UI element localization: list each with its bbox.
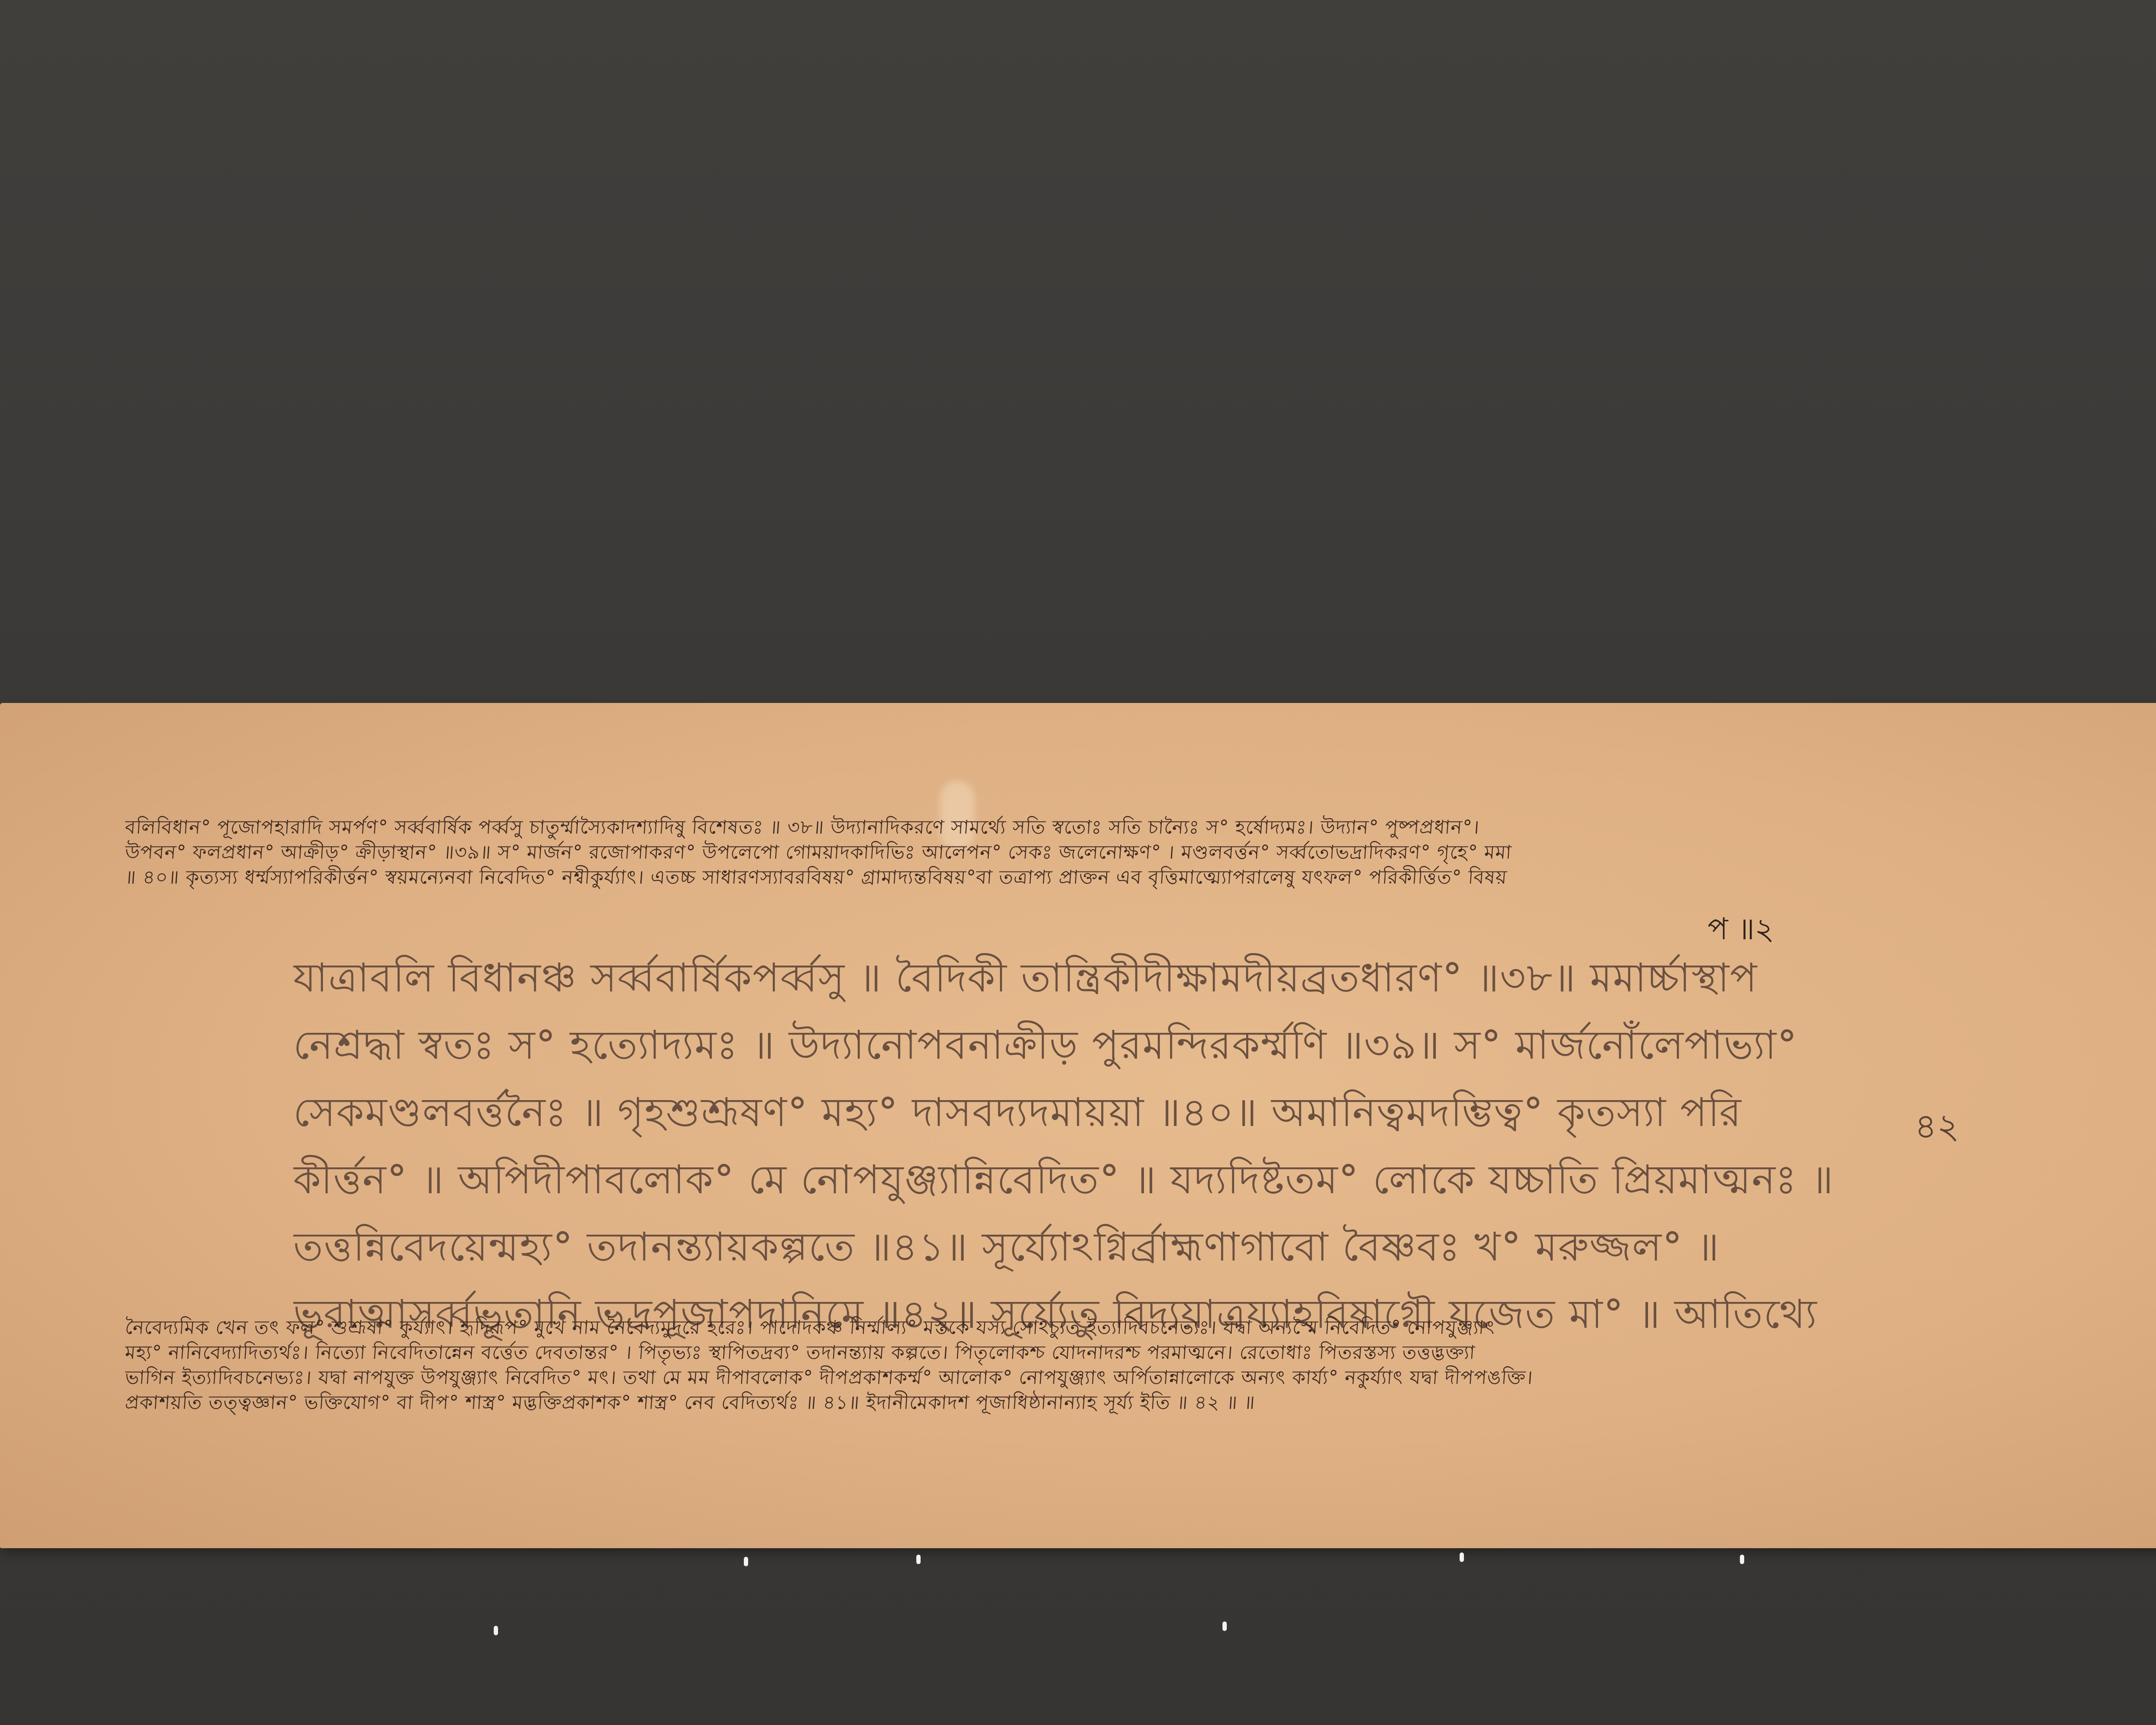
commentary-line: প্রকাশয়তি তত্ত্বজ্ঞান° ভক্তিযোগ° বা দীপ… xyxy=(125,1390,2044,1415)
main-verse-text: যাত্রাবলি বিধানঞ্চ সর্ব্ববার্ষিকপর্ব্বসু… xyxy=(293,944,1910,1348)
verse-line: তত্তন্নিবেদয়েন্মহ্য° তদানন্ত্যায়কল্পতে… xyxy=(293,1214,1910,1281)
verse-line: সেকমণ্ডলবর্ত্তনৈঃ ॥ গৃহশুশ্রূষণ° মহ্য° দ… xyxy=(293,1079,1910,1146)
commentary-line: ভাগিন ইত্যাদিবচনেভ্যঃ। যদ্বা নাপযুক্ত উপ… xyxy=(125,1365,2044,1390)
commentary-line: নৈবেদ্যমিক খেন তৎ ফল° শুশ্রূষা° কুর্য্যা… xyxy=(125,1315,2044,1340)
pin-icon xyxy=(744,1557,748,1566)
commentary-top: বলিবিধান° পূজোপহারাদি সমর্পণ° সর্ব্ববার্… xyxy=(125,815,2044,890)
pin-icon xyxy=(494,1626,498,1635)
manuscript-leaf: বলিবিধান° পূজোপহারাদি সমর্পণ° সর্ব্ববার্… xyxy=(0,703,2156,1548)
commentary-line: বলিবিধান° পূজোপহারাদি সমর্পণ° সর্ব্ববার্… xyxy=(125,815,2044,840)
verse-line: যাত্রাবলি বিধানঞ্চ সর্ব্ববার্ষিকপর্ব্বসু… xyxy=(293,944,1910,1012)
commentary-line: মহ্য° নানিবেদ্যাদিত্যর্থঃ। নিত্যো নিবেদি… xyxy=(125,1340,2044,1365)
folio-number: ৪২ xyxy=(1915,1100,1959,1157)
commentary-line: ॥ ৪০॥ কৃত্যস্য ধর্ম্মস্যাপরিকীর্ত্তন° স্… xyxy=(125,865,2044,890)
commentary-line: উপবন° ফলপ্রধান° আক্রীড়° ক্রীড়াস্থান° ॥… xyxy=(125,840,2044,865)
pin-icon xyxy=(1460,1552,1464,1562)
pin-icon xyxy=(1740,1555,1744,1564)
verse-line: কীর্ত্তন° ॥ অপিদীপাবলোক° মে নোপযুঞ্জ্যান… xyxy=(293,1146,1910,1214)
verse-line: নেশ্রদ্ধা স্বতঃ স° হত্যোদ্যমঃ ॥ উদ্যানোপ… xyxy=(293,1012,1910,1079)
pin-icon xyxy=(1222,1621,1227,1631)
pin-icon xyxy=(916,1555,921,1564)
commentary-bottom: নৈবেদ্যমিক খেন তৎ ফল° শুশ্রূষা° কুর্য্যা… xyxy=(125,1315,2044,1415)
